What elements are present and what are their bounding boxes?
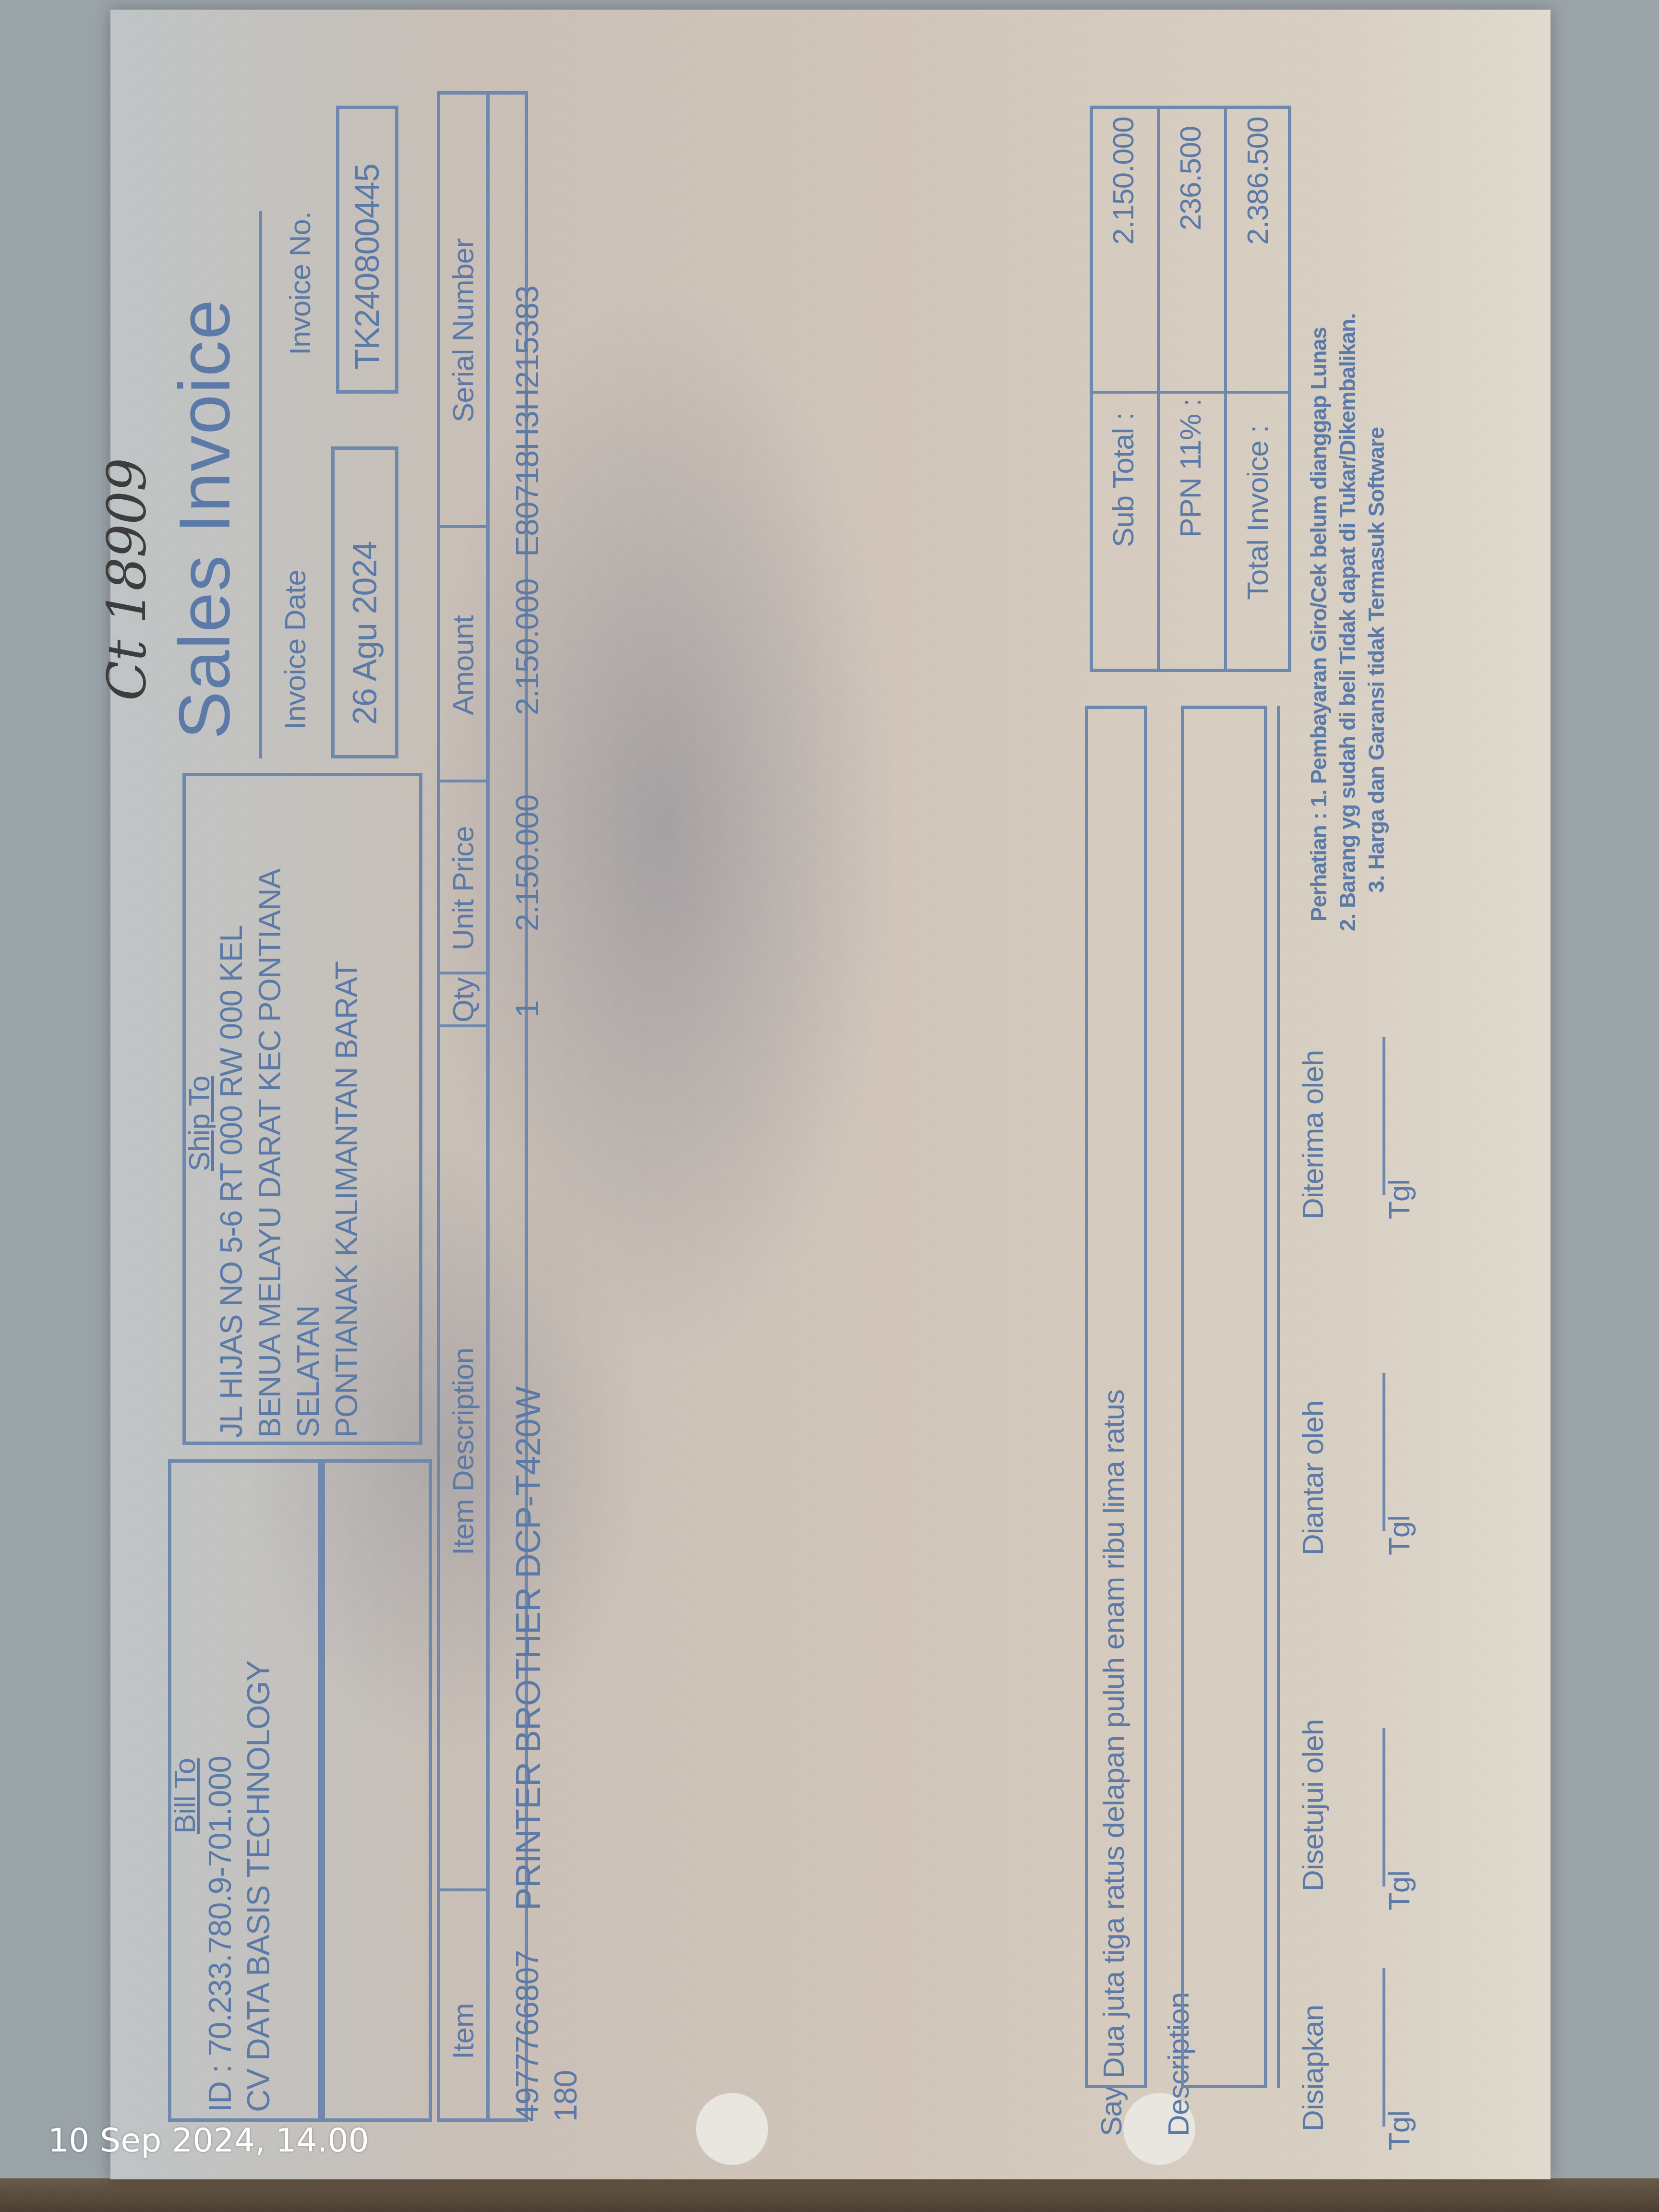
column-header-qty: Qty <box>446 978 481 1022</box>
column-header-description: Item Description <box>446 1348 481 1555</box>
item-serial-number: E80718H3H215383 <box>509 286 545 557</box>
item-qty: 1 <box>509 1000 545 1018</box>
note-line-3: 3. Harga dan Garansi tidak Termasuk Soft… <box>1363 427 1389 893</box>
item-description: PRINTER BROTHER DCP-T420W <box>509 1387 548 1911</box>
description-box <box>1181 706 1267 2088</box>
column-divider <box>437 1024 490 1027</box>
column-header-amount: Amount <box>446 615 481 715</box>
sub-total-label: Sub Total : <box>1106 412 1141 547</box>
signature-date-label: Tgl <box>1382 1179 1417 1219</box>
item-amount: 2.150.000 <box>509 578 545 715</box>
signature-date-label: Tgl <box>1382 1515 1417 1555</box>
signature-line <box>1382 1373 1385 1531</box>
ppn-value: 236.500 <box>1174 126 1208 230</box>
column-divider <box>437 972 490 974</box>
signature-label: Disetujui oleh <box>1296 1719 1330 1891</box>
total-invoice-label: Total Invoice : <box>1241 425 1275 600</box>
handwritten-note: Ct 18909 <box>96 458 157 701</box>
column-header-unit-price: Unit Price <box>446 826 481 950</box>
signature-divider <box>1277 706 1286 2088</box>
invoice-date-value: 26 Agu 2024 <box>346 541 384 725</box>
sub-total-value: 2.150.000 <box>1106 117 1141 245</box>
signature-label: Diantar oleh <box>1296 1401 1330 1555</box>
item-code: 4977766807 <box>509 1950 545 2122</box>
column-divider <box>437 525 490 528</box>
item-unit-price: 2.150.000 <box>509 794 545 931</box>
punch-hole <box>696 2093 768 2165</box>
amount-in-words: Dua juta tiga ratus delapan puluh enam r… <box>1097 1390 1131 2079</box>
table-surface <box>0 2178 1659 2212</box>
row-divider <box>1224 106 1227 672</box>
ship-to-line-2: BENUA MELAYU DARAT KEC PONTIANA <box>252 869 288 1438</box>
column-divider <box>1090 391 1291 394</box>
column-header-serial: Serial Number <box>446 239 481 422</box>
bill-to-header: Bill To <box>168 1758 202 1834</box>
invoice-no-label: Invoice No. <box>283 212 317 355</box>
bill-to-id: ID : 70.233.780.9-701.000 <box>202 1756 238 2112</box>
ship-to-line-1: JL HIJAS NO 5-6 RT 000 RW 000 KEL <box>214 926 249 1438</box>
ppn-label: PPN 11% : <box>1174 398 1208 538</box>
signature-label: Diterima oleh <box>1296 1050 1330 1219</box>
item-code-line-2: 180 <box>547 2070 584 2122</box>
row-divider <box>1157 106 1160 672</box>
sales-invoice: Bill To ID : 70.233.780.9-701.000 CV DAT… <box>154 29 1565 2179</box>
bill-to-name: CV DATA BASIS TECHNOLOGY <box>240 1660 276 2112</box>
say-label: Say <box>1094 2086 1129 2136</box>
column-header-item: Item <box>446 2003 481 2059</box>
invoice-date-label: Invoice Date <box>278 570 313 730</box>
signature-line <box>1382 1037 1385 1195</box>
ship-to-line-3: SELATAN <box>290 1306 326 1438</box>
photo-timestamp: 10 Sep 2024, 14.00 <box>48 2122 369 2160</box>
signature-line <box>1382 1728 1385 1887</box>
signature-date-label: Tgl <box>1382 1871 1417 1911</box>
signature-label: Disiapkan <box>1296 2005 1330 2131</box>
note-line-2: 2. Barang yg sudah di beli Tidak dapat d… <box>1334 313 1360 931</box>
invoice-no-value: TK240800445 <box>348 164 386 370</box>
column-divider <box>437 780 490 782</box>
title-underline <box>259 211 262 758</box>
note-line-1: Perhatian : 1. Pembayaran Giro/Cek belum… <box>1306 327 1332 922</box>
bill-to-extra-box <box>322 1459 432 2122</box>
ship-to-line-4: PONTIANAK KALIMANTAN BARAT <box>329 962 364 1438</box>
ship-to-header: Ship To <box>182 1076 216 1171</box>
signature-date-label: Tgl <box>1382 2111 1417 2151</box>
signature-line <box>1382 1968 1385 2127</box>
invoice-title: Sales Invoice <box>163 299 246 739</box>
total-invoice-value: 2.386.500 <box>1241 117 1275 245</box>
column-divider <box>437 1888 490 1891</box>
